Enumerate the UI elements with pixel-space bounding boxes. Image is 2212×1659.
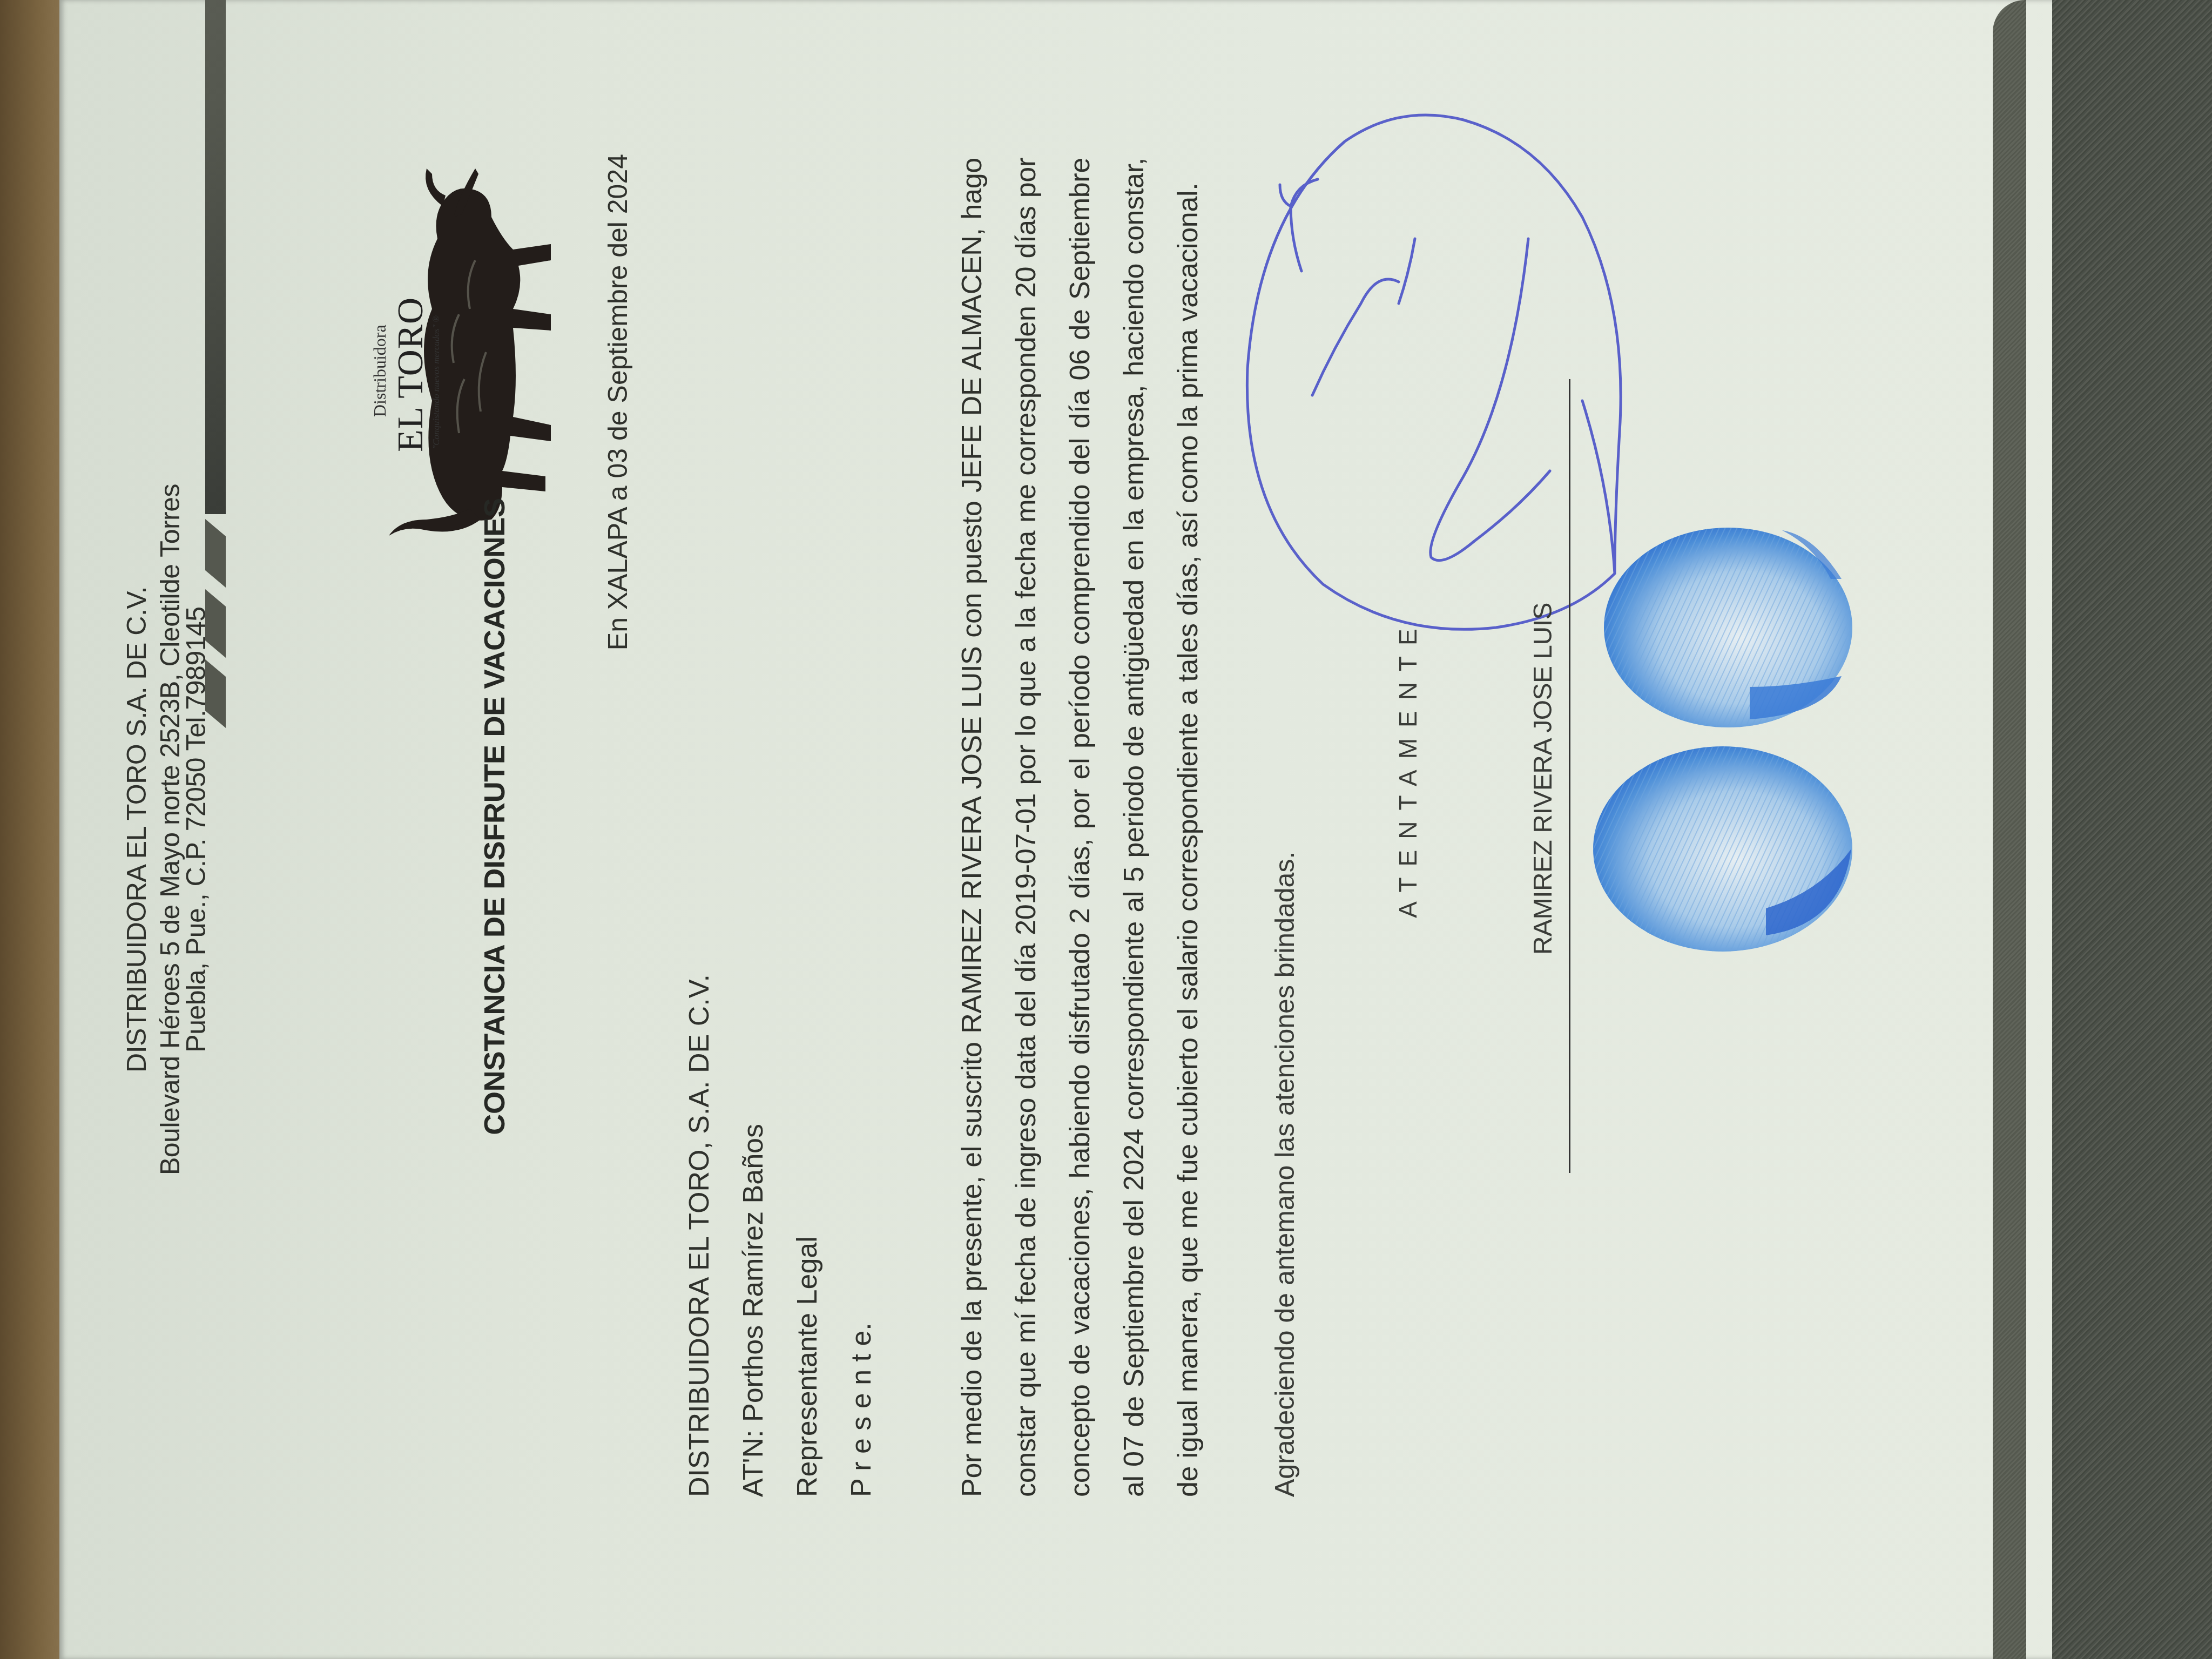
body-line: concepto de vacaciones, habiendo disfrut… xyxy=(1053,158,1107,1497)
letterhead-address: Boulevard Héroes 5 de Mayo norte 2523B, … xyxy=(157,0,184,1659)
document-title: CONSTANCIA DE DISFRUTE DE VACACIONES xyxy=(478,0,511,1659)
footer-decoration-bar xyxy=(1993,0,2026,1659)
document-page: DISTRIBUIDORA EL TORO S.A. DE C.V. Boule… xyxy=(59,0,2079,1659)
body-line: al 07 de Septiembre del 2024 correspondi… xyxy=(1107,158,1161,1497)
addressee-role: Representante Legal xyxy=(791,1236,824,1497)
body-line: constar que mí fecha de ingreso data del… xyxy=(999,158,1053,1497)
letterhead-city: Puebla, Pue., C.P. 72050 Tel.7989145 xyxy=(183,0,210,1659)
logo-brand-text: EL TORO xyxy=(389,297,431,452)
body-line: de igual manera, que me fue cubierto el … xyxy=(1161,158,1215,1497)
fingerprint-icon xyxy=(1588,514,1858,957)
signer-name: RAMIREZ RIVERA JOSE LUIS xyxy=(1528,509,1558,1049)
addressee-attention: AT'N: Porthos Ramírez Baños xyxy=(737,1124,770,1497)
body-line: Por medio de la presente, el suscrito RA… xyxy=(945,158,999,1497)
handwritten-signature xyxy=(1237,87,1626,649)
logo-tagline: "Conquistando nuevos mercados" ® xyxy=(431,315,442,449)
letterhead-company: DISTRIBUIDORA EL TORO S.A. DE C.V. xyxy=(123,0,150,1659)
addressee-presente: P r e s e n t e. xyxy=(845,1323,878,1497)
closing-text: Agradeciendo de antemano las atenciones … xyxy=(1269,852,1300,1497)
place-date: En XALAPA a 03 de Septiembre del 2024 xyxy=(602,154,633,650)
logo-small-text: Distribuidora xyxy=(370,325,390,417)
body-paragraph: Por medio de la presente, el suscrito RA… xyxy=(945,158,1215,1497)
background-surface xyxy=(0,0,65,1659)
addressee-company: DISTRIBUIDORA EL TORO, S.A. DE C.V. xyxy=(683,974,716,1497)
signature-line xyxy=(1569,379,1570,1173)
